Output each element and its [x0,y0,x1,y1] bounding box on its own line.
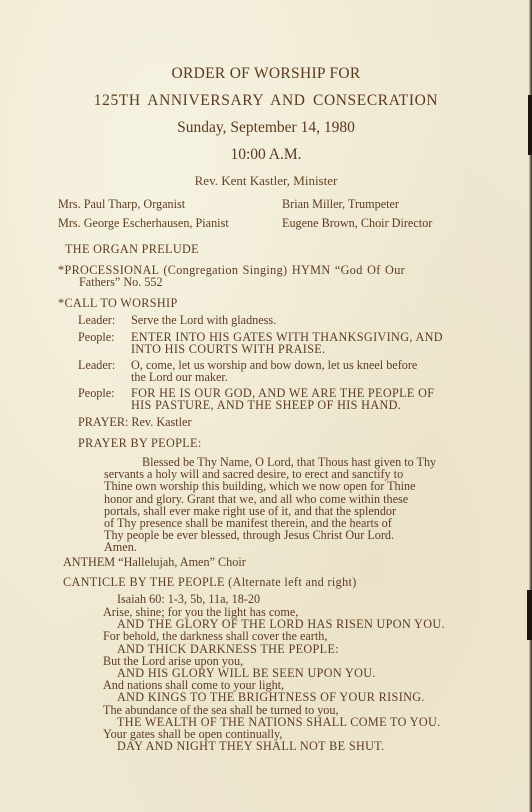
minister-name: Rev. Kent Kastler, Minister [0,173,532,189]
organ-prelude-heading: THE ORGAN PRELUDE [65,243,199,256]
responsive-speaker: People: [78,331,115,344]
canticle-right-line: AND THICK DARKNESS THE PEOPLE: [103,643,445,655]
responsive-line: HIS PASTURE, AND THE SHEEP OF HIS HAND. [131,399,401,412]
canticle-left-line: For behold, the darkness shall cover the… [103,630,445,642]
page-edge-binding [527,590,532,640]
canticle-left-line: The abundance of the sea shall be turned… [103,704,445,716]
responsive-line: Serve the Lord with gladness. [131,314,276,327]
staff-pianist: Mrs. George Escherhausen, Pianist [58,217,229,230]
program-subtitle: 125TH ANNIVERSARY AND CONSECRATION [0,92,532,110]
anthem: ANTHEM “Hallelujah, Amen” Choir [63,556,246,569]
canticle-heading: CANTICLE BY THE PEOPLE (Alternate left a… [63,576,357,589]
prayer-line: honor and glory. Grant that we, and all … [104,493,489,505]
service-time: 10:00 A.M. [0,146,532,164]
responsive-speaker: People: [78,387,115,400]
prayer-line: Amen. [104,541,489,553]
responsive-line: the Lord our maker. [131,371,228,384]
canticle-verses: Arise, shine; for you the light has come… [103,606,445,752]
responsive-speaker: Leader: [78,314,115,327]
staff-choir-director: Eugene Brown, Choir Director [282,217,432,230]
program-page: ORDER OF WORSHIP FOR 125TH ANNIVERSARY A… [0,0,532,812]
service-date: Sunday, September 14, 1980 [0,119,532,137]
staff-trumpeter: Brian Miller, Trumpeter [282,198,399,211]
prayer-by-people-heading: PRAYER BY PEOPLE: [78,437,202,450]
canticle-right-line: DAY AND NIGHT THEY SHALL NOT BE SHUT. [103,740,445,752]
call-to-worship-heading: *CALL TO WORSHIP [58,297,178,310]
staff-organist: Mrs. Paul Tharp, Organist [58,198,185,211]
prayer-line: Thy people be ever blessed, through Jesu… [104,529,489,541]
canticle-right-line: AND KINGS TO THE BRIGHTNESS OF YOUR RISI… [103,691,445,703]
prayer-line: Thine own worship this building, which w… [104,480,489,492]
responsive-line: INTO HIS COURTS WITH PRAISE. [131,343,326,356]
prayer-by-people-text: Blessed be Thy Name, O Lord, that Thous … [104,456,489,554]
responsive-speaker: Leader: [78,359,115,372]
program-title: ORDER OF WORSHIP FOR [0,65,532,83]
processional-hymn: Fathers” No. 552 [79,276,163,289]
prayer-heading: PRAYER: Rev. Kastler [78,416,192,429]
